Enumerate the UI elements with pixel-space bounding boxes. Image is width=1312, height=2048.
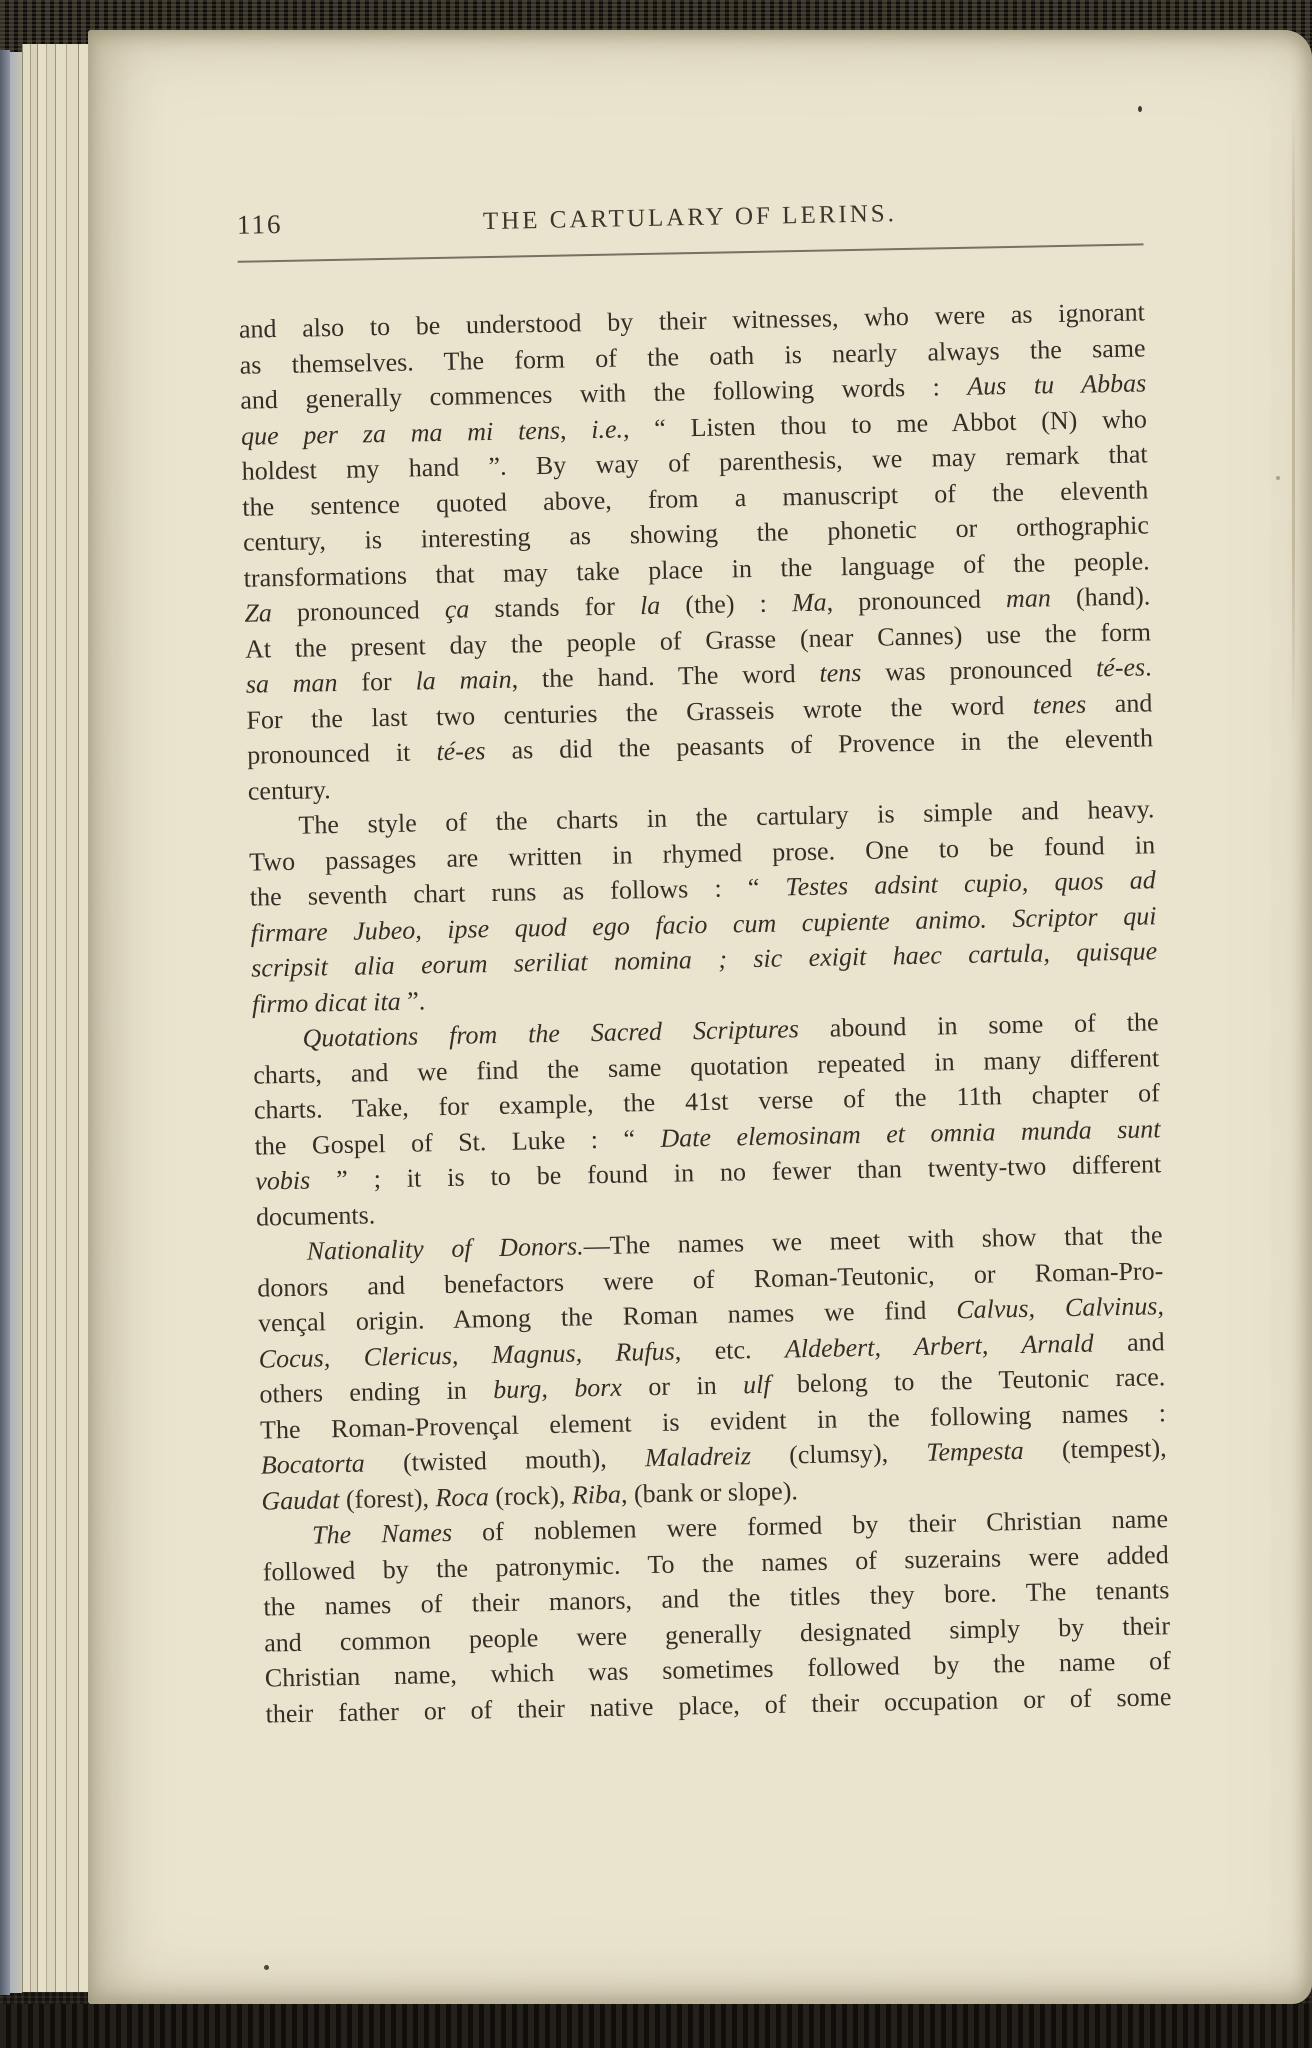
roman-text: (clumsy), — [751, 1438, 927, 1470]
italic-text: Testes adsint cupio, quos ad — [785, 865, 1156, 901]
italic-text: Za — [244, 598, 272, 628]
italic-text: tens — [819, 658, 861, 688]
roman-text: or in — [622, 1370, 744, 1401]
italic-text: té-es — [436, 736, 486, 766]
book-cover-bottom-edge — [0, 2004, 1312, 2048]
italic-text: Calvus, Calvinus, — [956, 1291, 1164, 1324]
running-title: THE CARTULARY OF LERINS. — [237, 195, 1143, 240]
italic-text: Quotations from the Sacred Scriptures — [302, 1014, 799, 1053]
italic-text: Roca — [435, 1482, 489, 1512]
roman-text: , — [560, 415, 592, 445]
page-stack-edge-gray — [10, 52, 22, 1993]
italic-text: firmo dicat ita — [252, 986, 401, 1018]
page-header: 116 THE CARTULARY OF LERINS. — [236, 167, 1143, 240]
roman-text: the seventh chart runs as follows : “ — [250, 872, 786, 911]
roman-text: belong to the Teutonic race. — [770, 1362, 1165, 1399]
italic-text: la — [640, 591, 661, 620]
roman-text: (the) : — [660, 588, 792, 620]
italic-text: ulf — [743, 1370, 771, 1400]
scanned-book-photo: { "header": { "page_number": "116", "tit… — [0, 0, 1312, 2048]
italic-text: Tempesta — [926, 1436, 1024, 1467]
roman-text: . — [1145, 652, 1152, 681]
italic-text: Gaudat — [261, 1485, 340, 1515]
roman-text: and — [1093, 1327, 1165, 1357]
roman-text: abound in some of the — [799, 1007, 1159, 1043]
italic-text: Aus tu Abbas — [967, 368, 1146, 400]
roman-text: (rock), — [489, 1480, 573, 1511]
roman-text: (twisted mouth), — [364, 1443, 645, 1477]
roman-text: others ending in — [259, 1375, 493, 1408]
italic-text: Bocatorta — [261, 1449, 366, 1480]
italic-text: Ma — [792, 588, 827, 618]
page-lines: and also to be understood by their witne… — [239, 294, 1172, 1731]
roman-text: the Gospel of St. Luke : “ — [254, 1123, 660, 1160]
italic-text: Aldebert, Arbert, Arnald — [785, 1328, 1094, 1363]
italic-text: Riba — [572, 1479, 622, 1509]
italic-text: vobis — [255, 1166, 310, 1196]
italic-text: man — [1006, 583, 1051, 613]
roman-text: pronounced it — [247, 737, 437, 770]
italic-text: que per za ma mi tens — [241, 415, 560, 450]
roman-text: (forest), — [339, 1483, 436, 1514]
header-rule — [238, 243, 1144, 262]
italic-text: burg, borx — [493, 1373, 622, 1404]
roman-text: , the hand. The word — [511, 659, 819, 694]
italic-text: ça — [445, 594, 470, 623]
italic-text: The Names — [312, 1518, 452, 1550]
roman-text: , (bank or slope). — [621, 1476, 798, 1508]
italic-text: Date elemosinam et omnia munda sunt — [660, 1114, 1161, 1153]
italic-text: Nationality of Donors. — [306, 1231, 584, 1265]
roman-text: documents. — [256, 1200, 376, 1231]
roman-text: , etc. — [674, 1334, 785, 1365]
page-content: 116 THE CARTULARY OF LERINS. and also to… — [236, 167, 1172, 1731]
roman-text: stands for — [469, 591, 640, 623]
roman-text: , pronounced — [826, 584, 1006, 616]
scan-speck — [1138, 106, 1142, 112]
roman-text: for — [337, 666, 416, 696]
italic-text: i.e. — [591, 414, 623, 444]
italic-text: Maladreiz — [645, 1441, 751, 1472]
page-stack-edges — [22, 44, 88, 1992]
italic-text: té-es — [1096, 652, 1146, 682]
roman-text: ”. — [400, 986, 425, 1015]
roman-text: and — [1086, 688, 1153, 718]
scan-speck — [1276, 476, 1280, 480]
italic-text: tenes — [1033, 689, 1087, 719]
roman-text: pronounced — [272, 595, 446, 627]
scan-speck — [264, 1965, 269, 1970]
italic-text: la main — [415, 665, 512, 696]
italic-text: Cocus, Clericus, Magnus, Rufus — [258, 1336, 675, 1373]
roman-text: (tempest), — [1023, 1433, 1167, 1465]
page-crease — [1292, 100, 1295, 740]
book-page: 116 THE CARTULARY OF LERINS. and also to… — [88, 30, 1312, 2004]
roman-text: century. — [248, 775, 331, 806]
roman-text: (hand). — [1051, 581, 1151, 612]
roman-text: was pronounced — [861, 653, 1096, 687]
page-stack-edge-blue — [0, 50, 10, 1995]
italic-text: sa man — [246, 668, 338, 699]
